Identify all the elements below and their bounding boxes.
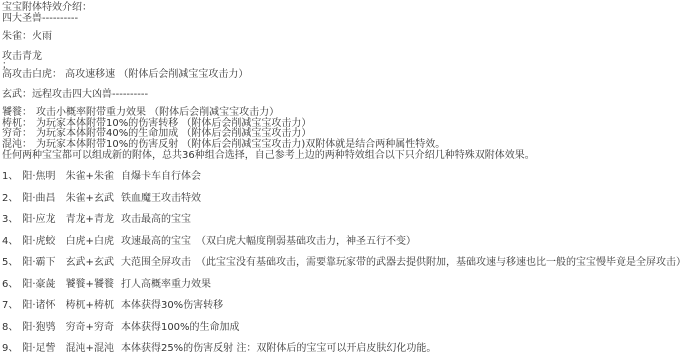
combo-pair: 混沌+混沌 [66, 344, 114, 355]
combo-desc: 本体获得25%的伤害反射 注：双附体后的宝宝可以开启皮肤幻化功能。 [121, 344, 436, 355]
doc-title: 宝宝附体特效介绍： [2, 3, 700, 14]
combo-pair: 朱雀+玄武 [66, 194, 114, 205]
combo-number: 1、 [2, 172, 18, 183]
combination-note: 任何两种宝宝都可以组成新的附体，总共36种组合选择，自己参考上边的两种特效组合以… [2, 151, 700, 162]
beast-effect: 为玩家本体附带40%的生命加成 （附体后会削减宝宝攻击力） [36, 128, 311, 139]
sacred-zhuque-line: 朱雀：火雨 [2, 32, 700, 43]
combo-pair: 穷奇+穷奇 [66, 323, 114, 334]
combo-row-7: 7、 阳·诸怀 梼杌+梼杌 本体获得30%伤害转移 [2, 301, 700, 312]
combo-number: 8、 [2, 323, 18, 334]
combo-number: 3、 [2, 215, 18, 226]
combo-desc: 铁血魔王攻击特效 [121, 194, 201, 205]
combo-row-3: 3、 阳·应龙 青龙+青龙 攻击最高的宝宝 [2, 215, 700, 226]
document-page: 宝宝附体特效介绍： 四大圣兽---------- 朱雀：火雨 攻击青龙 ； 高攻… [0, 0, 700, 355]
beast-effect: 攻击小概率附带重力效果 （附体后会削减宝宝攻击力） [36, 107, 279, 118]
combo-row-8: 8、 阳·狍鸮 穷奇+穷奇 本体获得100%的生命加成 [2, 323, 700, 334]
combo-pair: 白虎+白虎 [66, 237, 114, 248]
combo-pair: 朱雀+朱雀 [66, 172, 114, 183]
sacred-qinglong-line: 攻击青龙 [2, 52, 700, 63]
combo-number: 4、 [2, 237, 18, 248]
combo-number: 7、 [2, 301, 18, 312]
combo-desc: 自爆卡车自行体会 [121, 172, 201, 183]
combo-row-4: 4、 阳·虎蛟 白虎+白虎 攻速最高的宝宝 （双白虎大幅度削弱基础攻击力，神圣五… [2, 237, 700, 248]
beast-name: 穷奇： [2, 128, 32, 139]
combo-name: 阳·霸下 [22, 258, 55, 269]
combo-row-6: 6、 阳·豪彘 饕餮+饕餮 打人高概率重力效果 [2, 280, 700, 291]
combo-name: 阳·曲昌 [22, 194, 55, 205]
combo-number: 5、 [2, 258, 18, 269]
combo-name: 阳·足訾 [22, 344, 55, 355]
combo-row-9: 9、 阳·足訾 混沌+混沌 本体获得25%的伤害反射 注：双附体后的宝宝可以开启… [2, 344, 700, 355]
combo-name: 阳·应龙 [22, 215, 55, 226]
combo-desc: 本体获得30%伤害转移 [121, 301, 223, 312]
combo-name: 阳·诸怀 [22, 301, 55, 312]
section-header-sacred: 四大圣兽---------- [2, 14, 700, 25]
combo-row-1: 1、 阳·焦明 朱雀+朱雀 自爆卡车自行体会 [2, 172, 700, 183]
combo-pair: 梼杌+梼杌 [66, 301, 114, 312]
combo-desc: 大范围全屏攻击 （此宝宝没有基础攻击，需要靠玩家带的武器去提供附加，基础攻速与移… [121, 258, 686, 269]
beast-effect: 为玩家本体附带10%的伤害反射 （附体后会削减宝宝攻击力)双附体就是结合两种属性… [36, 139, 445, 150]
combo-name: 阳·豪彘 [22, 280, 55, 291]
combo-list: 1、 阳·焦明 朱雀+朱雀 自爆卡车自行体会 2、 阳·曲昌 朱雀+玄武 铁血魔… [2, 172, 700, 355]
sacred-xuanwu-and-fierce-header: 玄武：远程攻击四大凶兽---------- [2, 90, 700, 101]
combo-pair: 玄武+玄武 [66, 258, 114, 269]
combo-name: 阳·狍鸮 [22, 323, 55, 334]
combo-number: 2、 [2, 194, 18, 205]
beast-name: 混沌： [2, 139, 32, 150]
beast-name: 饕餮： [2, 107, 32, 118]
combo-name: 阳·虎蛟 [22, 237, 55, 248]
combo-row-2: 2、 阳·曲昌 朱雀+玄武 铁血魔王攻击特效 [2, 194, 700, 205]
combo-desc: 攻击最高的宝宝 [121, 215, 191, 226]
combo-number: 6、 [2, 280, 18, 291]
combo-name: 阳·焦明 [22, 172, 55, 183]
combo-row-5: 5、 阳·霸下 玄武+玄武 大范围全屏攻击 （此宝宝没有基础攻击，需要靠玩家带的… [2, 258, 700, 269]
combo-desc: 本体获得100%的生命加成 [121, 323, 240, 334]
combo-number: 9、 [2, 344, 18, 355]
combo-pair: 饕餮+饕餮 [66, 280, 114, 291]
fierce-beast-block: 饕餮：攻击小概率附带重力效果 （附体后会削减宝宝攻击力） 梼杌：为玩家本体附带1… [2, 108, 700, 161]
combo-desc: 打人高概率重力效果 [121, 280, 211, 291]
combo-desc: 攻速最高的宝宝 （双白虎大幅度削弱基础攻击力，神圣五行不变） [121, 237, 416, 248]
combo-pair: 青龙+青龙 [66, 215, 114, 226]
sacred-baihu-line: 高攻击白虎： 高攻速移速 （附体后会削减宝宝攻击力） [2, 70, 700, 81]
